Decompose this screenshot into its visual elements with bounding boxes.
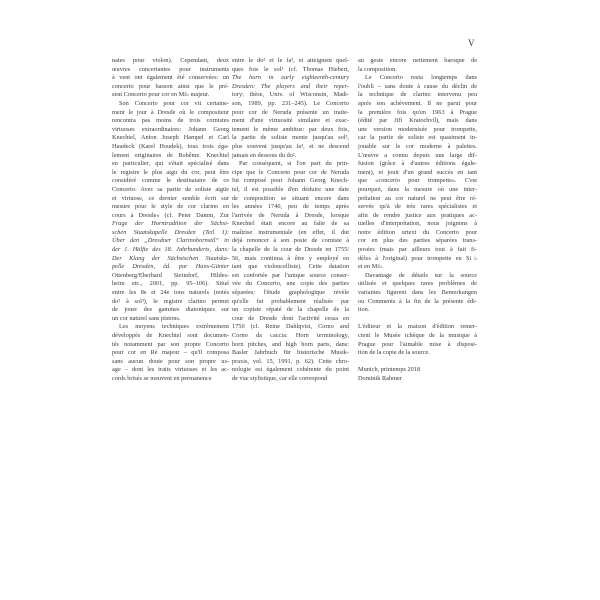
text-line: œuvres concertantes pour instruments <box>112 66 229 75</box>
text-column-middle: entre le do² et le fa³, et atteignent qu… <box>232 57 349 384</box>
text-line: la technique de clarino intervenu peu <box>358 91 477 100</box>
text-line: pour cor en Ré majeur – qu'il composa <box>112 349 229 358</box>
text-line: Knechtel, Anton Joseph Hampel et Carl <box>112 134 229 143</box>
text-line: de composition se situant encore dans <box>232 195 349 204</box>
text-line: nates pour violon). Cependant, deux <box>112 57 229 66</box>
text-line: concerto pour basson ainsi que le pré- <box>112 83 229 92</box>
text-line: der 1. Hälfte des 18. Jahrhunderts, dans… <box>112 246 229 255</box>
text-line: tuelles d'interprétation, nous joignons … <box>358 220 477 229</box>
text-line: L'œuvre a connu depuis une large dif- <box>358 152 477 161</box>
text-line: notre édition urtext du Concerto pour <box>358 229 477 238</box>
text-line: sent Concerto pour cor en Mi♭ majeur. <box>112 91 229 100</box>
text-line: entre les 8e et 24e tons naturels (notés <box>112 289 229 298</box>
text-line: plus souvent jusqu'au fa³, et ne descend <box>232 143 349 152</box>
text-line: après son achèvement. Il ne parut pour <box>358 100 477 109</box>
text-line: Les moyens techniques extrêmement <box>112 323 229 332</box>
text-line: age – dont les traits virtuoses et les a… <box>112 366 229 375</box>
text-line: 56, mais continua à être y employé en <box>232 255 349 264</box>
text-line: le registre le plus aigu du cor, peut êt… <box>112 169 229 178</box>
text-line: cor en plus des parties séparées trans- <box>358 237 477 246</box>
text-line: prétation au cor naturel ne peut être ré… <box>358 195 477 204</box>
text-line: afin de rendre justice aux pratiques ac- <box>358 212 477 221</box>
text-line: que «concerto pour trompette». C'est <box>358 177 477 186</box>
text-line: heim etc., 2001, pp. 95–106). Situé <box>112 280 229 289</box>
text-line: pelle Dresden, éd. par Hans-Günter <box>112 263 229 272</box>
text-line: (édité par Jiří Kratochvíl), mais dans <box>358 117 477 126</box>
text-line: ment), et jouit d'un grand succès en tan… <box>358 169 477 178</box>
text-line: la composition. <box>358 66 477 75</box>
text-line: la chapelle de la cour de Dresde en 1755… <box>232 246 349 255</box>
text-line: sans aucun doute pour son propre us- <box>112 358 229 367</box>
text-line: L'éditeur et la maison d'édition remer- <box>358 323 477 332</box>
text-line: servée qu'à de très rares spécialistes e… <box>358 203 477 212</box>
text-line: cour de Dresde dont l'activité cessa en <box>232 315 349 324</box>
text-line: Le Concerto resta longtemps dans <box>358 74 477 83</box>
text-line: tory; thèse, Univ. of Wisconsin, Madi- <box>232 91 349 100</box>
text-line: tel, il est possible d'en déduire une da… <box>232 186 349 195</box>
text-line: une version modernisée pour trompette, <box>358 126 477 135</box>
text-line: tement le même ambitus: par deux fois, <box>232 126 349 135</box>
text-line: Dresden: The players and their reper- <box>232 83 349 92</box>
text-line: est confortée par l'unique source conser… <box>232 272 349 281</box>
text-line: tion. <box>358 306 477 315</box>
text-line: à vent ont également été conservées: un <box>112 74 229 83</box>
text-line: la partie de soliste monte jusqu'au sol³… <box>232 134 349 143</box>
text-line: Par conséquent, si l'on part du prin- <box>232 160 349 169</box>
text-line: Haudeck (Karel Houdek), tous trois éga- <box>112 143 229 152</box>
text-line: praxis, vol. 15, 1991, p. 62). Cette chr… <box>232 358 349 367</box>
text-line: cours à Dresde« (cf. Peter Damm, Zur <box>112 212 229 221</box>
text-line: un cor naturel sans pistons. <box>112 315 229 324</box>
text-line: entre le do² et le fa³, et atteignent qu… <box>232 57 349 66</box>
text-line: do² à sol³), le registre clarino permet <box>112 298 229 307</box>
text-line: Über den „Dresdner Clarinohornstil“ in <box>112 237 229 246</box>
text-line: ou Comments à la fin de la présente édi- <box>358 298 477 307</box>
text-line: son, 1989, pp. 231–245). Le Concerto <box>232 100 349 109</box>
text-line: jouable sur le cor moderne à palettes. <box>358 143 477 152</box>
text-line: et en Mi♭. <box>358 263 477 272</box>
text-line: ques fois le sol³ (cf. Thomas Hiebert, <box>232 66 349 75</box>
text-line: tés notamment par son propre Concerto <box>112 341 229 350</box>
text-line: ment d'une virtuosité similaire et exac- <box>232 117 349 126</box>
text-line: cient le Musée tchèque de la musique à <box>358 332 477 341</box>
text-line: utilisée et quelques rares problèmes de <box>358 280 477 289</box>
text-line: Munich, printemps 2018 <box>358 366 477 375</box>
text-column-left: nates pour violon). Cependant, deuxœuvre… <box>112 57 229 384</box>
text-line: 1750 (cf. Reine Dahlqvist, Corno and <box>232 323 349 332</box>
text-line: nologie est également cohérente du point <box>232 366 349 375</box>
text-line: de jouer des gammes diatoniques sur <box>112 306 229 315</box>
page-number: V <box>468 38 475 48</box>
text-line: The horn in early eighteenth-century <box>232 74 349 83</box>
text-line: horn pitches, and high horn parts, dans: <box>232 341 349 350</box>
text-line: fut composé pour Johann Georg Knech- <box>232 177 349 186</box>
text-column-right: au geste encore nettement baroque dela c… <box>358 57 477 384</box>
text-line: Concerto. Avec sa partie de soliste aigü… <box>112 186 229 195</box>
text-line: l'oubli – sans doute à cause du déclin d… <box>358 83 477 92</box>
text-line: jamais en dessous du do². <box>232 152 349 161</box>
text-line: pourquoi, dans la mesure où une inter- <box>358 186 477 195</box>
text-line: car la partie de soliste est quasiment i… <box>358 134 477 143</box>
text-line: virtuoses extraordinaires: Johann Georg <box>112 126 229 135</box>
text-line: qu'elle fut probablement réalisée par <box>232 298 349 307</box>
text-line: les années 1740, peu de temps après <box>232 203 349 212</box>
text-line: Son Concerto pour cor vit certaine- <box>112 100 229 109</box>
text-line: la première fois qu'en 1963 à Prague <box>358 109 477 118</box>
paragraph-gap <box>358 315 477 324</box>
text-line: Frage der Horntradition der Sächsi- <box>112 220 229 229</box>
text-line: mesure pour le style de cor clarino en <box>112 203 229 212</box>
text-line: posées (mais par ailleurs tout à fait fi… <box>358 246 477 255</box>
paragraph-gap <box>358 358 477 367</box>
text-line: Dominik Rahmer <box>358 375 477 384</box>
text-line: au geste encore nettement baroque de <box>358 57 477 66</box>
text-line: déjà renoncer à son poste de corniste à <box>232 237 349 246</box>
text-line: lement originaires de Bohême. Knechtel <box>112 152 229 161</box>
text-line: rencontra pas moins de trois cornistes <box>112 117 229 126</box>
text-line: Corno da caccia: Horn terminology, <box>232 332 349 341</box>
text-line: considéré comme le destinataire de ce <box>112 177 229 186</box>
text-line: Basler Jahrbuch für historische Musik- <box>232 349 349 358</box>
text-line: et virtuose, ce dernier semble écrit sur <box>112 195 229 204</box>
text-line: séparées: l'étude graphologique révèle <box>232 289 349 298</box>
text-line: cipe que le Concerto pour cor de Neruda <box>232 169 349 178</box>
text-line: maîtrise instrumentale (en effet, il dut <box>232 229 349 238</box>
text-line: Ottenberg/Eberhard Steindorf, Hildes- <box>112 272 229 281</box>
text-line: développés de Knechtel sont documen- <box>112 332 229 341</box>
text-line: tion de la copie de la source. <box>358 349 477 358</box>
document-page: V nates pour violon). Cependant, deuxœuv… <box>0 0 600 600</box>
text-line: pour cor de Neruda présente un traite- <box>232 109 349 118</box>
text-line: l'arrivée de Neruda à Dresde, lorsque <box>232 212 349 221</box>
text-line: de vue stylistique, car elle correspond <box>232 375 349 384</box>
text-line: un copiste répaté de la chapelle de la <box>232 306 349 315</box>
text-line: en particulier, qui s'était spécialisé d… <box>112 160 229 169</box>
text-line: Der Klang der Sächsischen Staatska- <box>112 255 229 264</box>
text-line: tant que violoncelliste). Cette datation <box>232 263 349 272</box>
text-line: Knechtel était encore au faîte de sa <box>232 220 349 229</box>
text-line: Prague pour l'aimable mise à disposi- <box>358 341 477 350</box>
text-line: cords brisés se meuvent en permanence <box>112 375 229 384</box>
text-line: ment le jour à Dresde où le compositeur <box>112 109 229 118</box>
text-line: variantes figurent dans les Bemerkungen <box>358 289 477 298</box>
text-line: dèles à l'original) pour trompette en Si… <box>358 255 477 264</box>
text-line: vée du Concerto, une copie des parties <box>232 280 349 289</box>
text-line: Davantage de détails sur la source <box>358 272 477 281</box>
text-line: fusion (grâce à d'autres éditions égale- <box>358 160 477 169</box>
